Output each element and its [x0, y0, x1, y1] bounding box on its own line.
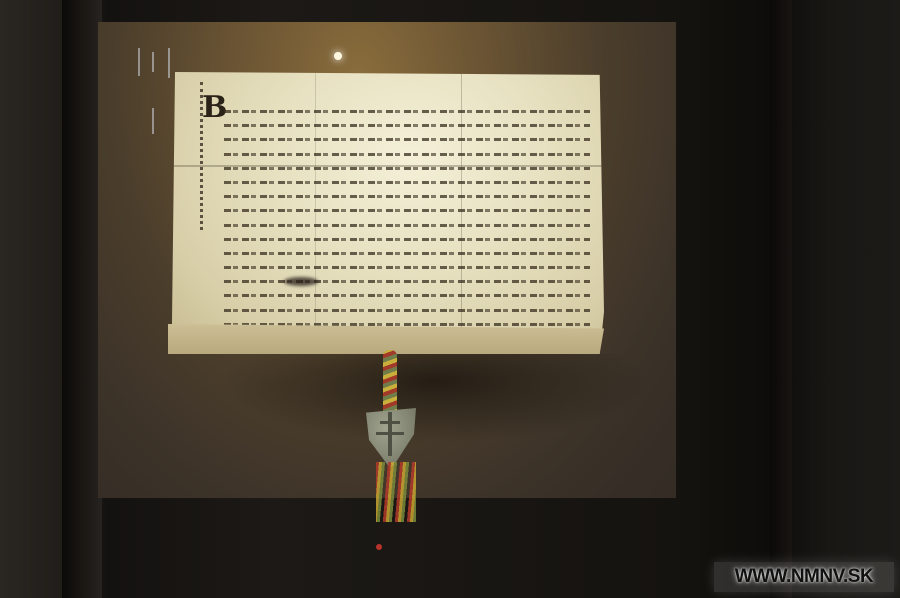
- script-line: [224, 132, 590, 146]
- watermark: WWW.NMNV.SK: [714, 562, 894, 592]
- display-case-frame-left: [62, 0, 102, 598]
- script-line: [224, 161, 590, 175]
- seal-cord: [383, 350, 397, 420]
- script-line: [224, 260, 590, 274]
- script-line: [224, 274, 590, 288]
- seal-tassel: [376, 462, 416, 522]
- parchment-shadow: [220, 354, 650, 444]
- double-cross-icon: [376, 432, 404, 435]
- script-line: [224, 118, 590, 132]
- script-line: [224, 218, 590, 232]
- tassel-bead: [376, 544, 382, 550]
- script-line: [224, 288, 590, 302]
- script-line: [224, 104, 590, 118]
- script-line: [224, 189, 590, 203]
- spotlight-reflection: [334, 52, 342, 60]
- script-line: [224, 147, 590, 161]
- charter-parchment: B: [172, 72, 604, 354]
- script-line: [224, 246, 590, 260]
- script-line: [224, 303, 590, 317]
- script-line: [224, 203, 590, 217]
- double-cross-icon: [380, 421, 400, 424]
- display-case-frame-right: [770, 0, 792, 598]
- ink-blot: [284, 277, 318, 286]
- manuscript-text: [224, 104, 590, 345]
- script-line: [224, 232, 590, 246]
- script-line: [224, 175, 590, 189]
